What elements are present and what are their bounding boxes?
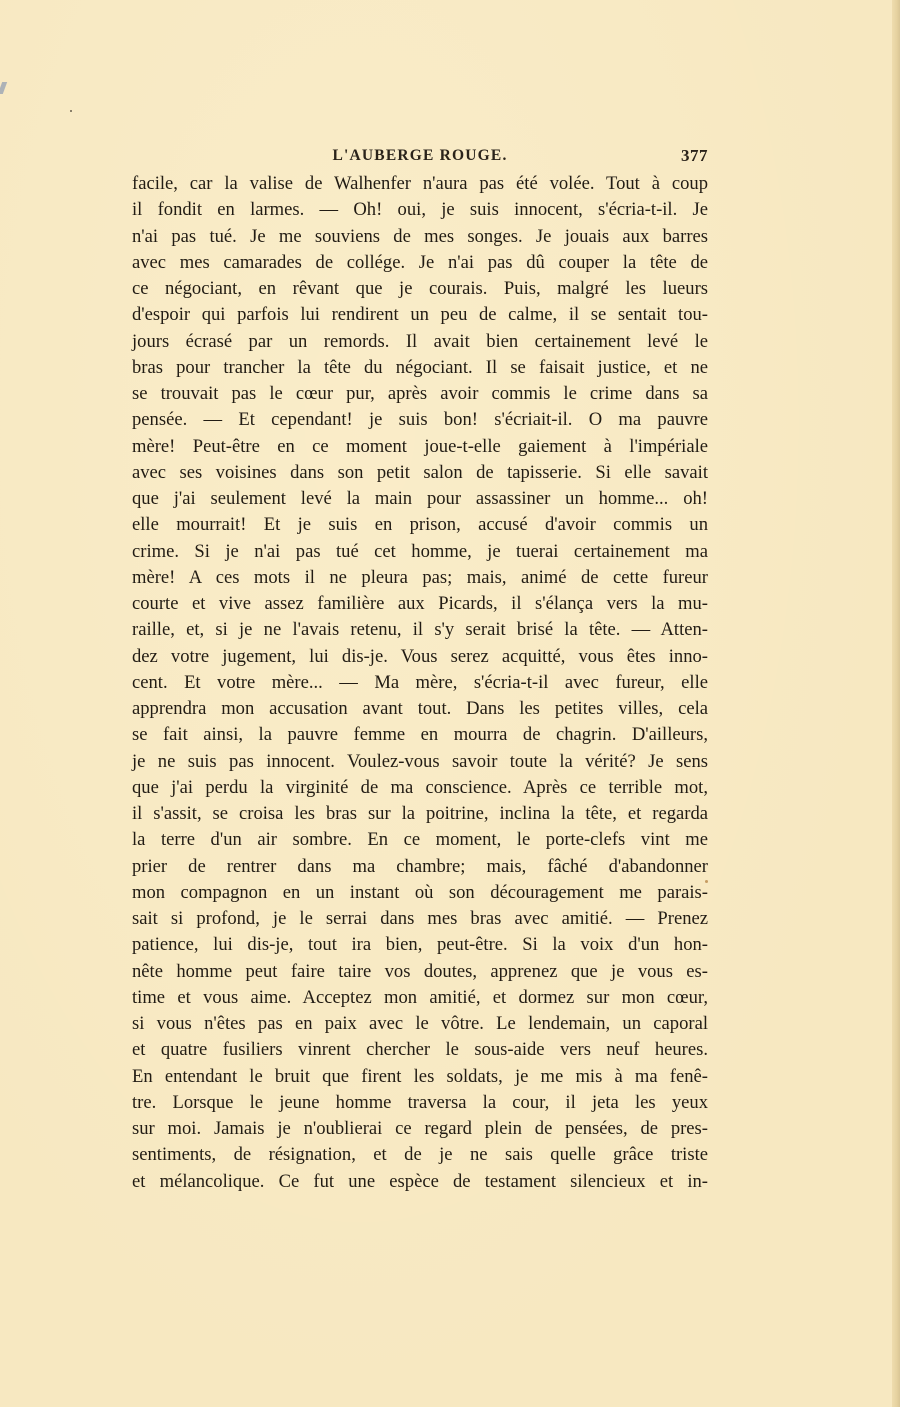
text-line: apprendra mon accusation avant tout. Dan… — [132, 696, 708, 722]
body-text: facile, car la valise de Walhenfer n'aur… — [132, 171, 708, 1195]
text-line: il fondit en larmes. — Oh! oui, je suis … — [132, 197, 708, 223]
text-line: dez votre jugement, lui dis-je. Vous ser… — [132, 644, 708, 670]
book-page: L'AUBERGE ROUGE. 377 facile, car la vali… — [0, 0, 900, 1407]
text-line: je ne suis pas innocent. Voulez-vous sav… — [132, 749, 708, 775]
text-line: la terre d'un air sombre. En ce moment, … — [132, 827, 708, 853]
text-line: facile, car la valise de Walhenfer n'aur… — [132, 171, 708, 197]
running-head: L'AUBERGE ROUGE. 377 — [132, 143, 708, 169]
paper-speck — [70, 110, 72, 112]
running-title: L'AUBERGE ROUGE. — [132, 147, 708, 165]
text-line: sait si profond, je le serrai dans mes b… — [132, 906, 708, 932]
text-line: bras pour trancher la tête du négociant.… — [132, 355, 708, 381]
text-line: elle mourrait! Et je suis en prison, acc… — [132, 512, 708, 538]
text-line: que j'ai seulement levé la main pour ass… — [132, 486, 708, 512]
text-line: que j'ai perdu la virginité de ma consci… — [132, 775, 708, 801]
text-line: n'ai pas tué. Je me souviens de mes song… — [132, 224, 708, 250]
text-line: crime. Si je n'ai pas tué cet homme, je … — [132, 539, 708, 565]
text-line: courte et vive assez familière aux Picar… — [132, 591, 708, 617]
text-line: avec mes camarades de collége. Je n'ai p… — [132, 250, 708, 276]
text-line: mon compagnon en un instant où son décou… — [132, 880, 708, 906]
text-line: prier de rentrer dans ma chambre; mais, … — [132, 854, 708, 880]
text-line: cent. Et votre mère... — Ma mère, s'écri… — [132, 670, 708, 696]
text-line: avec ses voisines dans son petit salon d… — [132, 460, 708, 486]
page-edge-shadow — [892, 0, 900, 1407]
text-line: sur moi. Jamais je n'oublierai ce regard… — [132, 1116, 708, 1142]
text-line: ce négociant, en rêvant que je courais. … — [132, 276, 708, 302]
scan-margin-mark — [0, 82, 7, 94]
text-line: tre. Lorsque le jeune homme traversa la … — [132, 1090, 708, 1116]
text-line: patience, lui dis-je, tout ira bien, peu… — [132, 932, 708, 958]
text-line: se fait ainsi, la pauvre femme en mourra… — [132, 722, 708, 748]
text-line: d'espoir qui parfois lui rendirent un pe… — [132, 302, 708, 328]
text-line: pensée. — Et cependant! je suis bon! s'é… — [132, 407, 708, 433]
text-line: nête homme peut faire taire vos doutes, … — [132, 959, 708, 985]
text-line: il s'assit, se croisa les bras sur la po… — [132, 801, 708, 827]
text-line: mère! Peut-être en ce moment joue-t-elle… — [132, 434, 708, 460]
text-line: et mélancolique. Ce fut une espèce de te… — [132, 1169, 708, 1195]
text-line: mère! A ces mots il ne pleura pas; mais,… — [132, 565, 708, 591]
text-line: si vous n'êtes pas en paix avec le vôtre… — [132, 1011, 708, 1037]
text-line: raille, et, si je ne l'avais retenu, il … — [132, 617, 708, 643]
page-number: 377 — [681, 146, 708, 166]
text-line: se trouvait pas le cœur pur, après avoir… — [132, 381, 708, 407]
text-line: En entendant le bruit que firent les sol… — [132, 1064, 708, 1090]
text-line: et quatre fusiliers vinrent chercher le … — [132, 1037, 708, 1063]
paper-speck — [705, 880, 708, 883]
text-line: jours écrasé par un remords. Il avait bi… — [132, 329, 708, 355]
text-line: time et vous aime. Acceptez mon amitié, … — [132, 985, 708, 1011]
text-line: sentiments, de résignation, et de je ne … — [132, 1142, 708, 1168]
